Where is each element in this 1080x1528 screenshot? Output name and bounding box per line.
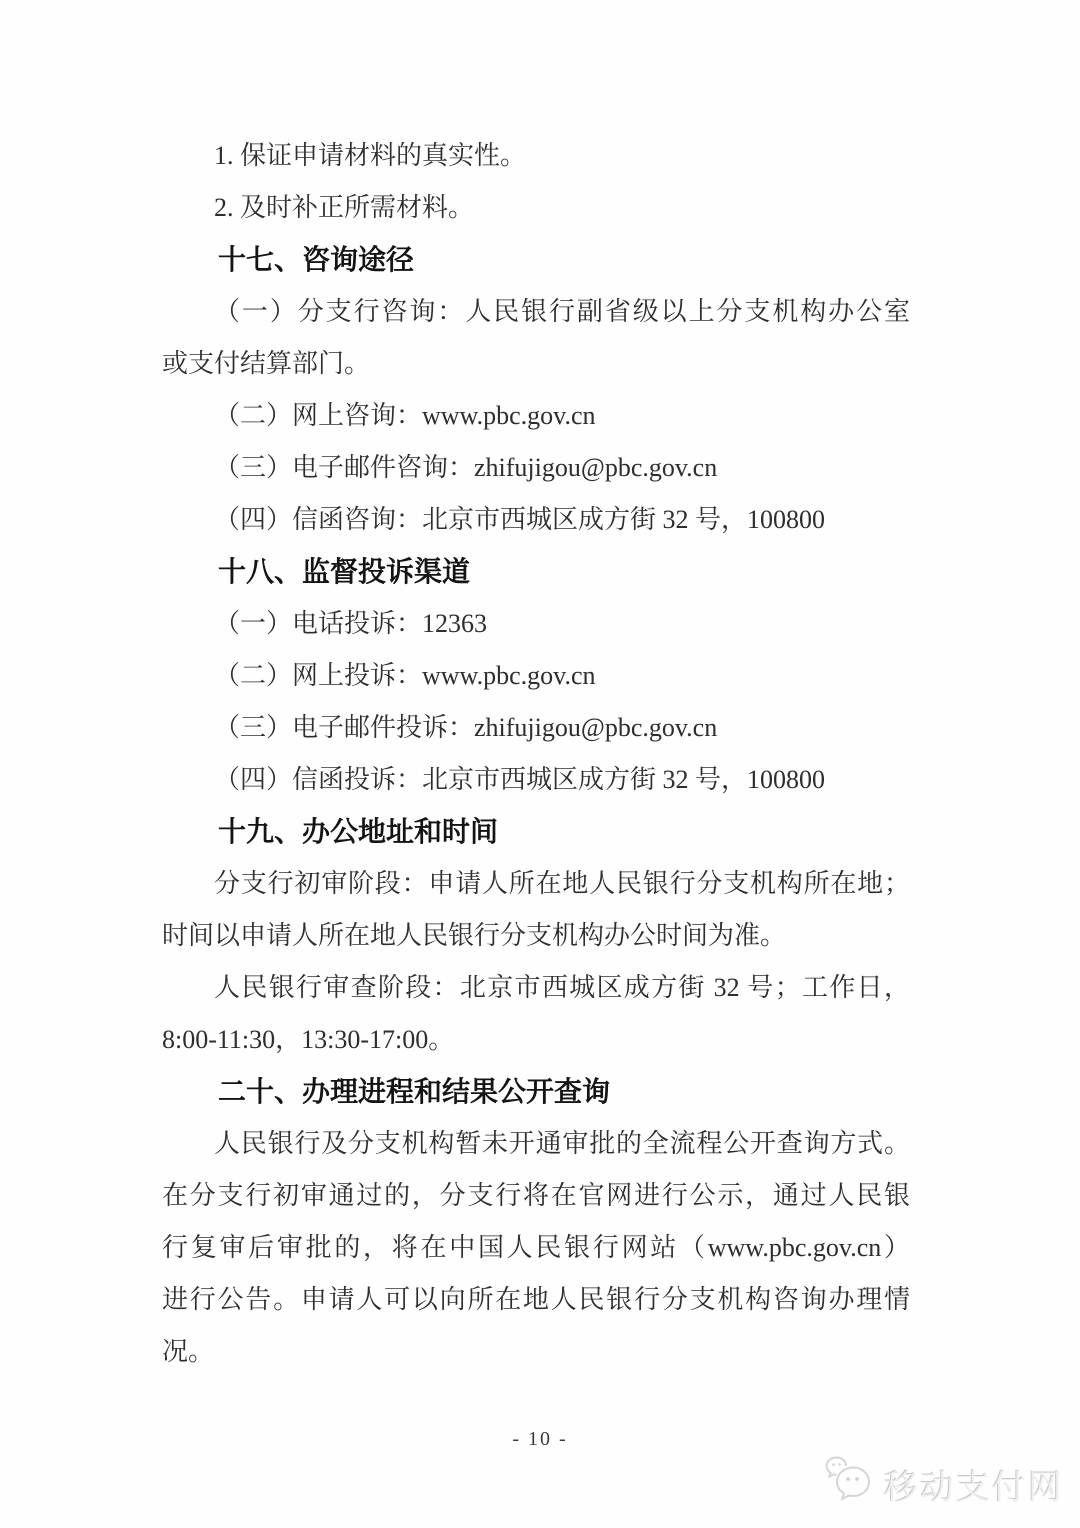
paragraph-line: 8:00-11:30，13:30-17:00。 bbox=[162, 1014, 910, 1066]
paragraph-line: 分支行初审阶段：申请人所在地人民银行分支机构所在地； bbox=[162, 858, 910, 910]
list-item: 2. 及时补正所需材料。 bbox=[162, 182, 910, 234]
paragraph-line: （四）信函投诉：北京市西城区成方街 32 号，100800 bbox=[162, 754, 910, 806]
section-heading: 十八、监督投诉渠道 bbox=[162, 546, 910, 598]
paragraph-line: （二）网上咨询：www.pbc.gov.cn bbox=[162, 390, 910, 442]
paragraph-line: 进行公告。申请人可以向所在地人民银行分支机构咨询办理情 bbox=[162, 1274, 910, 1326]
paragraph-line: 在分支行初审通过的，分支行将在官网进行公示，通过人民银 bbox=[162, 1170, 910, 1222]
watermark-text: 移动支付网 bbox=[884, 1460, 1064, 1509]
paragraph-line: （三）电子邮件投诉：zhifujigou@pbc.gov.cn bbox=[162, 702, 910, 754]
watermark: 移动支付网 bbox=[824, 1456, 1064, 1513]
wechat-icon bbox=[824, 1456, 880, 1513]
section-heading: 十九、办公地址和时间 bbox=[162, 806, 910, 858]
paragraph-line: 时间以申请人所在地人民银行分支机构办公时间为准。 bbox=[162, 910, 910, 962]
paragraph-line: （三）电子邮件咨询：zhifujigou@pbc.gov.cn bbox=[162, 442, 910, 494]
section-heading: 十七、咨询途径 bbox=[162, 234, 910, 286]
paragraph-line: 或支付结算部门。 bbox=[162, 338, 910, 390]
paragraph-line: 人民银行审查阶段：北京市西城区成方街 32 号；工作日， bbox=[162, 962, 910, 1014]
paragraph-line: （二）网上投诉：www.pbc.gov.cn bbox=[162, 650, 910, 702]
paragraph-line: 人民银行及分支机构暂未开通审批的全流程公开查询方式。 bbox=[162, 1118, 910, 1170]
paragraph-line: （一）分支行咨询：人民银行副省级以上分支机构办公室 bbox=[162, 286, 910, 338]
page-number: - 10 - bbox=[0, 1428, 1080, 1451]
section-heading: 二十、办理进程和结果公开查询 bbox=[162, 1066, 910, 1118]
document-body: 1. 保证申请材料的真实性。 2. 及时补正所需材料。 十七、咨询途径 （一）分… bbox=[162, 130, 910, 1378]
paragraph-line: （四）信函咨询：北京市西城区成方街 32 号，100800 bbox=[162, 494, 910, 546]
list-item: 1. 保证申请材料的真实性。 bbox=[162, 130, 910, 182]
paragraph-line: 行复审后审批的，将在中国人民银行网站（www.pbc.gov.cn） bbox=[162, 1222, 910, 1274]
document-page: 1. 保证申请材料的真实性。 2. 及时补正所需材料。 十七、咨询途径 （一）分… bbox=[0, 0, 1080, 1528]
paragraph-line: （一）电话投诉：12363 bbox=[162, 598, 910, 650]
paragraph-line: 况。 bbox=[162, 1326, 910, 1378]
